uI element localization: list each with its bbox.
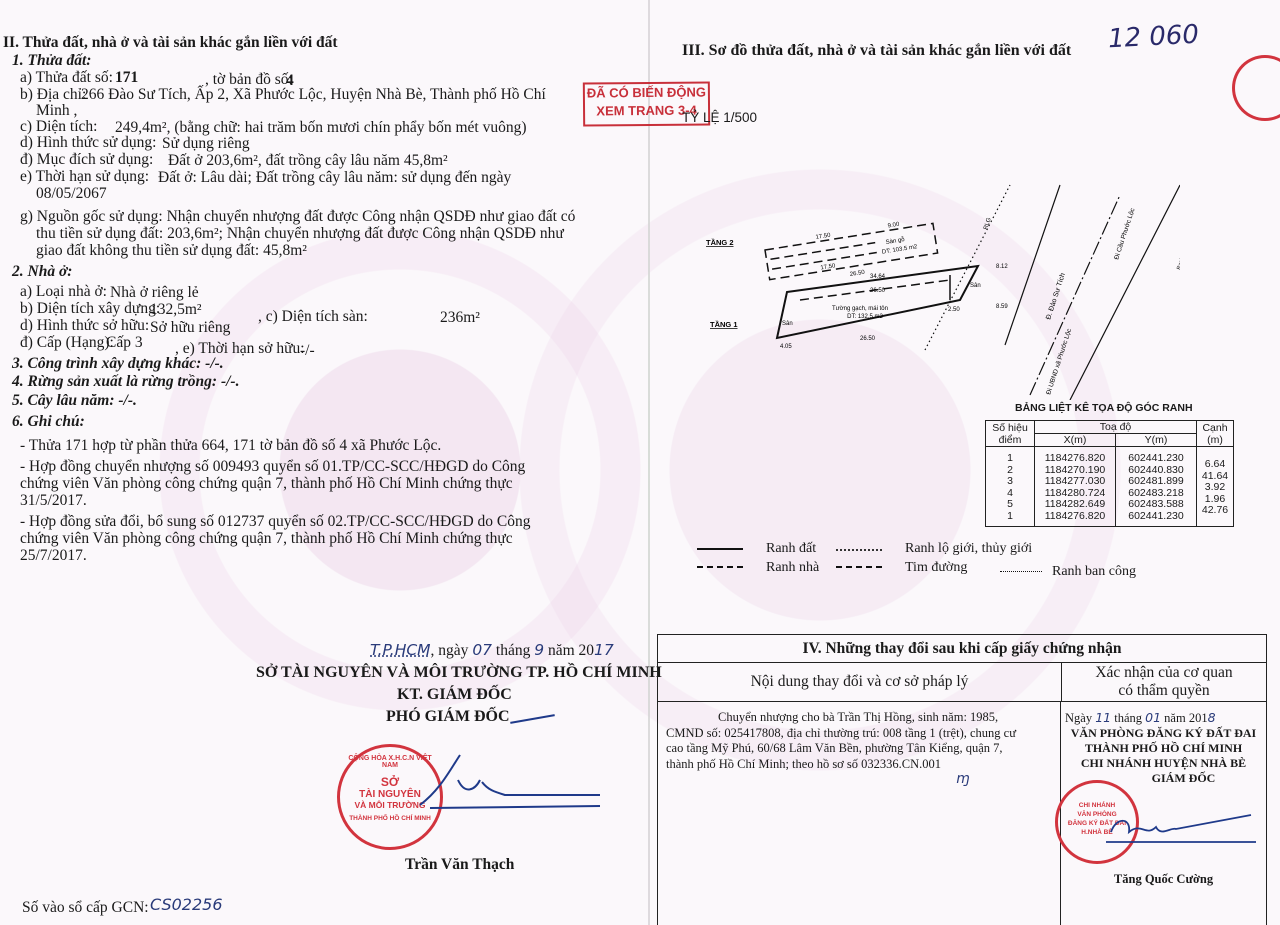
svg-text:8.59: 8.59 bbox=[996, 304, 1008, 310]
floor-area-label: , c) Diện tích sàn: bbox=[258, 308, 368, 326]
corner-seal bbox=[1232, 55, 1280, 121]
table-cell: 1 bbox=[990, 511, 1030, 523]
svg-text:8.12: 8.12 bbox=[996, 264, 1008, 270]
ownership-value: Sở hữu riêng bbox=[150, 319, 230, 337]
land-heading: 1. Thửa đất: bbox=[12, 52, 91, 70]
confirm-year-label: năm 201 bbox=[1164, 711, 1207, 725]
svg-text:26.50: 26.50 bbox=[849, 270, 865, 278]
signing-day: 07 bbox=[472, 641, 492, 659]
use-form-value: Sử dụng riêng bbox=[162, 135, 250, 153]
forest: 4. Rừng sản xuất là rừng trồng: -/-. bbox=[12, 373, 239, 391]
notes-heading: 6. Ghi chú: bbox=[12, 413, 85, 431]
house-type-label: a) Loại nhà ở: bbox=[20, 283, 107, 301]
table-cell: 1184282.649 bbox=[1039, 499, 1111, 511]
svg-text:Đi Cầu Phước Lộc: Đi Cầu Phước Lộc bbox=[1111, 206, 1136, 261]
signing-place: T.P.HCM bbox=[370, 641, 431, 659]
legend-dashdot-line bbox=[836, 566, 882, 568]
stamp-line-1: ĐÃ CÓ BIẾN ĐỘNG bbox=[585, 83, 708, 102]
svg-text:26.50: 26.50 bbox=[870, 288, 886, 294]
svg-text:Đ. Đào Sư Tích: Đ. Đào Sư Tích bbox=[1045, 272, 1067, 320]
svg-text:TẦNG 2: TẦNG 2 bbox=[706, 237, 734, 247]
change-line: CMND số: 025417808, địa chỉ thường trú: … bbox=[666, 726, 1054, 742]
signature bbox=[1101, 807, 1261, 847]
note-line: 25/7/2017. bbox=[20, 547, 87, 565]
signer-role-1: KT. GIÁM ĐỐC bbox=[397, 686, 512, 704]
legend-road-boundary: Ranh lộ giới, thủy giới bbox=[905, 540, 1032, 558]
change-line: Chuyển nhượng cho bà Trần Thị Hồng, sinh… bbox=[666, 710, 1054, 726]
table-cell: 42.76 bbox=[1201, 505, 1229, 517]
confirm-month-label: tháng bbox=[1114, 711, 1142, 725]
office-signer: Tăng Quốc Cường bbox=[1061, 872, 1266, 887]
origin-line-1: g) Nguồn gốc sử dụng: Nhận chuyển nhượng… bbox=[20, 208, 575, 226]
signing-date-line: T.P.HCM, ngày 07 tháng 9 năm 2017 bbox=[370, 641, 614, 660]
legend-house-boundary: Ranh nhà bbox=[766, 559, 819, 577]
svg-text:34.64: 34.64 bbox=[870, 274, 886, 280]
signer-role-2: PHÓ GIÁM ĐỐC bbox=[386, 708, 510, 726]
confirm-month: 01 bbox=[1145, 710, 1161, 725]
own-term-value: -/- bbox=[300, 342, 315, 360]
y-cell: 602441.230602440.830602481.899602483.218… bbox=[1116, 447, 1197, 527]
parcel-diagram: Sàn gỗ DT: 103.5 m2 17.50 17.50 9.00 26.… bbox=[700, 170, 1180, 400]
house-heading: 2. Nhà ở: bbox=[12, 263, 72, 281]
parcel-label: a) Thửa đất số: bbox=[20, 69, 113, 87]
table-cell: 5 bbox=[990, 499, 1030, 511]
office-line: THÀNH PHỐ HỒ CHÍ MINH bbox=[1065, 741, 1262, 756]
use-form-label: d) Hình thức sử dụng: bbox=[20, 134, 157, 152]
table-cell: 1 bbox=[990, 453, 1030, 465]
svg-text:2.50: 2.50 bbox=[948, 307, 960, 313]
table-cell: 1184276.820 bbox=[1039, 511, 1111, 523]
signing-year: 17 bbox=[594, 641, 614, 659]
table-cell: 602441.230 bbox=[1120, 511, 1192, 523]
ownership-label: d) Hình thức sở hữu: bbox=[20, 317, 149, 335]
change-line: thành phố Hồ Chí Minh; theo hồ sơ số 032… bbox=[666, 757, 1054, 773]
note-line: chứng viên Văn phòng công chứng quận 7, … bbox=[20, 530, 513, 548]
change-line: cao tầng Mỹ Phú, 60/68 Lâm Văn Bền, phườ… bbox=[666, 741, 1054, 757]
svg-text:Sân: Sân bbox=[970, 283, 981, 289]
section-iii-title: III. Sơ đồ thửa đất, nhà ở và tài sản kh… bbox=[682, 42, 1071, 60]
signing-month: 9 bbox=[534, 641, 544, 659]
legend-solid-line bbox=[697, 548, 743, 550]
changes-table: IV. Những thay đổi sau khi cấp giấy chứn… bbox=[657, 634, 1267, 925]
other-construction: 3. Công trình xây dựng khác: -/-. bbox=[12, 355, 224, 373]
perennial: 5. Cây lâu năm: -/-. bbox=[12, 392, 137, 410]
purpose-value: Đất ở 203,6m², đất trồng cây lâu năm 45,… bbox=[168, 152, 448, 170]
initials-mark: ɱ bbox=[956, 772, 1054, 788]
legend-dashed-line bbox=[697, 566, 743, 568]
svg-text:17.50: 17.50 bbox=[815, 232, 831, 240]
table-cell: 602441.230 bbox=[1120, 453, 1192, 465]
table-row: 123451 1184276.8201184270.1901184277.030… bbox=[986, 447, 1234, 527]
svg-text:9.00: 9.00 bbox=[887, 222, 900, 230]
coord-table: Số hiệu điểm Toạ độ Cạnh (m) X(m) Y(m) 1… bbox=[985, 420, 1234, 527]
col-edge: Cạnh (m) bbox=[1197, 421, 1234, 447]
section-ii-title: II. Thửa đất, nhà ở và tài sản khác gắn … bbox=[3, 34, 338, 52]
svg-text:Tường gạch, mái tôn: Tường gạch, mái tôn bbox=[832, 306, 888, 312]
month-label: tháng bbox=[496, 642, 530, 659]
note-line: - Thửa 171 hợp từ phần thửa 664, 171 tờ … bbox=[20, 437, 441, 455]
floor-area-value: 236m² bbox=[440, 309, 480, 327]
seal-bottom-text: THÀNH PHỐ HỒ CHÍ MINH bbox=[340, 815, 440, 822]
term-value: Đất ở: Lâu dài; Đất trồng cây lâu năm: s… bbox=[158, 169, 511, 187]
issuing-agency: SỞ TÀI NGUYÊN VÀ MÔI TRƯỜNG TP. HỒ CHÍ M… bbox=[256, 664, 662, 682]
changes-title: IV. Những thay đổi sau khi cấp giấy chứn… bbox=[658, 635, 1266, 663]
legend-balcony: Ranh ban công bbox=[1052, 563, 1136, 581]
x-cell: 1184276.8201184270.1901184277.0301184280… bbox=[1035, 447, 1116, 527]
initials-mark bbox=[510, 714, 555, 724]
changes-col2-header: Xác nhận của cơ quan có thẩm quyền bbox=[1062, 663, 1266, 701]
table-cell: 602481.899 bbox=[1120, 476, 1192, 488]
legend-road-center: Tim đường bbox=[905, 559, 967, 577]
change-content: Chuyển nhượng cho bà Trần Thị Hồng, sinh… bbox=[658, 702, 1061, 925]
col-y: Y(m) bbox=[1116, 434, 1197, 447]
col-coords: Toạ độ bbox=[1035, 421, 1197, 434]
change-confirmation: Ngày 11 tháng 01 năm 2018 VĂN PHÒNG ĐĂNG… bbox=[1061, 702, 1266, 925]
note-line: - Hợp đồng sửa đổi, bổ sung số 012737 qu… bbox=[20, 513, 530, 531]
table-cell: 3.92 bbox=[1201, 482, 1229, 494]
legend-dotted-line bbox=[836, 549, 882, 551]
svg-text:Đi UBND xã Phước Lộc: Đi UBND xã Phước Lộc bbox=[1045, 327, 1073, 395]
svg-text:Ranh mở đường: Ranh mở đường bbox=[1175, 230, 1180, 271]
svg-text:Sân: Sân bbox=[782, 321, 793, 327]
svg-text:4.05: 4.05 bbox=[780, 344, 792, 350]
scale-label: TỶ LỆ 1/500 bbox=[682, 110, 757, 125]
table-cell: 1184277.030 bbox=[1039, 476, 1111, 488]
table-cell: 6.64 bbox=[1201, 459, 1229, 471]
note-line: chứng viên Văn phòng công chứng quận 7, … bbox=[20, 475, 513, 493]
col2-header-line: có thẩm quyền bbox=[1062, 682, 1266, 700]
legend-balcony-line bbox=[1000, 571, 1042, 572]
col2-header-line: Xác nhận của cơ quan bbox=[1062, 664, 1266, 682]
col-point: Số hiệu điểm bbox=[986, 421, 1035, 447]
day-label: , ngày bbox=[431, 642, 469, 659]
origin-line-2: thu tiền sử dụng đất: 203,6m²; Nhận chuy… bbox=[36, 225, 564, 243]
build-area-value: 132,5m² bbox=[150, 301, 202, 319]
points-cell: 123451 bbox=[986, 447, 1035, 527]
svg-text:Sàn gỗ: Sàn gỗ bbox=[885, 236, 906, 246]
grade-label: đ) Cấp (Hạng): bbox=[20, 334, 114, 352]
registry-label: Số vào sổ cấp GCN: bbox=[22, 899, 149, 917]
parcel-number: 171 bbox=[115, 69, 138, 87]
svg-text:26.50: 26.50 bbox=[860, 336, 876, 342]
grade-value: Cấp 3 bbox=[106, 334, 143, 352]
note-line: - Hợp đồng chuyển nhượng số 009493 quyển… bbox=[20, 458, 525, 476]
svg-text:RLG: RLG bbox=[983, 217, 993, 231]
term-date: 08/05/2067 bbox=[36, 185, 107, 203]
purpose-label: đ) Mục đích sử dụng: bbox=[20, 151, 153, 169]
note-line: 31/5/2017. bbox=[20, 492, 87, 510]
table-cell: 1184276.820 bbox=[1039, 453, 1111, 465]
legend-land-boundary: Ranh đất bbox=[766, 540, 816, 558]
svg-text:17.50: 17.50 bbox=[820, 263, 836, 271]
signer-name: Trần Văn Thạch bbox=[405, 856, 514, 874]
term-label: e) Thời hạn sử dụng: bbox=[20, 168, 149, 186]
col-x: X(m) bbox=[1035, 434, 1116, 447]
office-line: VĂN PHÒNG ĐĂNG KÝ ĐẤT ĐAI bbox=[1065, 726, 1262, 741]
page-fold bbox=[648, 0, 650, 925]
edges-cell: 6.6441.643.921.9642.76 bbox=[1197, 447, 1234, 527]
build-area-label: b) Diện tích xây dựng: bbox=[20, 300, 160, 318]
office-line: CHI NHÁNH HUYỆN NHÀ BÈ bbox=[1065, 756, 1262, 771]
confirm-year: 8 bbox=[1208, 710, 1216, 725]
origin-line-3: giao đất không thu tiền sử dụng đất: 45,… bbox=[36, 242, 307, 260]
confirm-day-label: Ngày bbox=[1065, 711, 1092, 725]
signature bbox=[410, 750, 610, 810]
svg-text:TẦNG 1: TẦNG 1 bbox=[710, 319, 738, 329]
svg-text:DT: 132.5 m2: DT: 132.5 m2 bbox=[847, 314, 883, 320]
handwritten-number: 12 060 bbox=[1107, 20, 1199, 55]
coord-table-title: BẢNG LIỆT KÊ TỌA ĐỘ GÓC RANH bbox=[1015, 402, 1193, 414]
confirm-day: 11 bbox=[1095, 710, 1111, 725]
registry-number: CS02256 bbox=[150, 895, 223, 914]
table-cell: 602483.588 bbox=[1120, 499, 1192, 511]
changes-col1-header: Nội dung thay đổi và cơ sở pháp lý bbox=[658, 663, 1062, 701]
address-value: 266 Đào Sư Tích, Ấp 2, Xã Phước Lộc, Huy… bbox=[81, 86, 546, 104]
table-cell: 3 bbox=[990, 476, 1030, 488]
year-label: năm 20 bbox=[548, 642, 594, 659]
